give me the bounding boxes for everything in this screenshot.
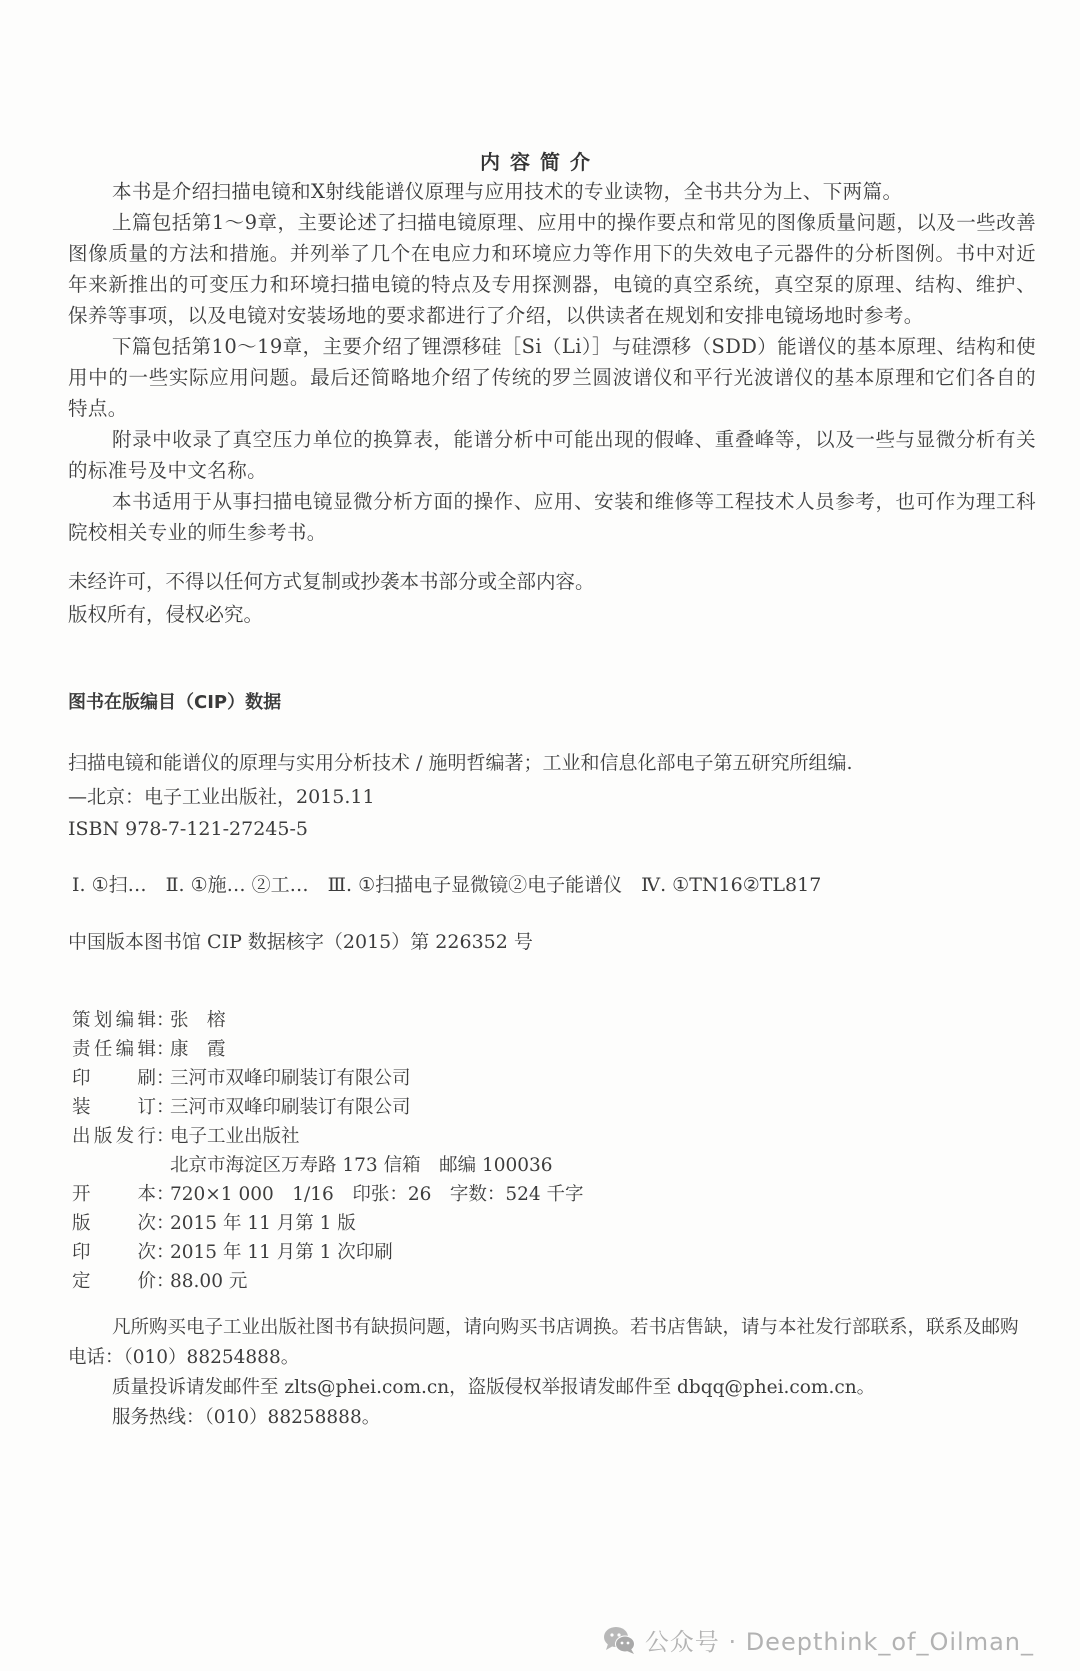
- intro-paragraph: 附录中收录了真空压力单位的换算表，能谱分析中可能出现的假峰、重叠峰等，以及一些与…: [68, 424, 1036, 486]
- colophon-label-char: 开: [72, 1180, 91, 1209]
- colophon-colon: ：: [156, 1238, 170, 1267]
- colophon-label: 定价: [72, 1267, 156, 1296]
- copyright-line: 未经许可，不得以任何方式复制或抄袭本书部分或全部内容。: [68, 565, 595, 598]
- watermark-label: 公众号 · Deepthink_of_Oilman_: [645, 1622, 1034, 1657]
- colophon-colon: ：: [156, 1180, 170, 1209]
- colophon-label-char: 编: [116, 1006, 135, 1035]
- colophon-label: 开本: [72, 1180, 156, 1209]
- colophon-label-char: 出: [72, 1122, 91, 1151]
- wechat-icon: [603, 1625, 637, 1655]
- colophon-label-char: 定: [72, 1267, 91, 1296]
- colophon-label-char: 次: [137, 1209, 156, 1238]
- colophon-value: 2015 年 11 月第 1 次印刷: [170, 1238, 393, 1267]
- colophon-label-char: 策: [72, 1006, 91, 1035]
- colophon-label-char: 版: [94, 1122, 113, 1151]
- cip-classification: Ⅰ. ①扫… Ⅱ. ①施… ②工… Ⅲ. ①扫描电子显微镜②电子能谱仪 Ⅳ. ①…: [72, 870, 821, 897]
- intro-paragraph: 下篇包括第10～19章，主要介绍了锂漂移硅［Si（Li）］与硅漂移（SDD）能谱…: [68, 331, 1036, 424]
- intro-paragraph: 上篇包括第1～9章，主要论述了扫描电镜原理、应用中的操作要点和常见的图像质量问题…: [68, 207, 1036, 331]
- colophon-label: 装订: [72, 1093, 156, 1122]
- colophon-label-char: 刷: [137, 1064, 156, 1093]
- colophon-colon: ：: [156, 1122, 170, 1151]
- intro-body: 本书是介绍扫描电镜和X射线能谱仪原理与应用技术的专业读物，全书共分为上、下两篇。…: [68, 176, 1036, 548]
- colophon-label-char: 辑: [137, 1035, 156, 1064]
- colophon-label: 策划编辑: [72, 1006, 156, 1035]
- colophon-row: 装订：三河市双峰印刷装订有限公司: [72, 1093, 584, 1122]
- cip-publisher-line: —北京：电子工业出版社，2015.11: [68, 782, 375, 809]
- colophon-value: 三河市双峰印刷装订有限公司: [170, 1064, 411, 1093]
- colophon-value: 康 霞: [170, 1035, 226, 1064]
- book-copyright-page: 内容简介 本书是介绍扫描电镜和X射线能谱仪原理与应用技术的专业读物，全书共分为上…: [0, 0, 1080, 1671]
- colophon-value: 北京市海淀区万寿路 173 信箱 邮编 100036: [170, 1151, 553, 1180]
- colophon-label: 出版发行: [72, 1122, 156, 1151]
- colophon-colon: ：: [156, 1267, 170, 1296]
- colophon-row: 开本：720×1 000 1/16 印张：26 字数：524 千字: [72, 1180, 584, 1209]
- colophon-value: 电子工业出版社: [170, 1122, 300, 1151]
- cip-title-line: 扫描电镜和能谱仪的原理与实用分析技术 / 施明哲编著；工业和信息化部电子第五研究…: [68, 748, 853, 775]
- cip-heading: 图书在版编目（CIP）数据: [68, 688, 281, 714]
- colophon-colon: ：: [156, 1209, 170, 1238]
- colophon-label-char: 编: [116, 1035, 135, 1064]
- colophon-label: 责任编辑: [72, 1035, 156, 1064]
- colophon-label-char: 发: [116, 1122, 135, 1151]
- colophon-label-char: 订: [137, 1093, 156, 1122]
- colophon-value: 2015 年 11 月第 1 版: [170, 1209, 356, 1238]
- purchase-notice: 凡所购买电子工业出版社图书有缺损问题，请向购买书店调换。若书店售缺，请与本社发行…: [68, 1313, 1036, 1433]
- colophon-label-char: 任: [94, 1035, 113, 1064]
- cip-record-number: 中国版本图书馆 CIP 数据核字（2015）第 226352 号: [68, 927, 533, 954]
- colophon-colon: ：: [156, 1093, 170, 1122]
- colophon-label-char: 责: [72, 1035, 91, 1064]
- colophon-label-char: 划: [94, 1006, 113, 1035]
- colophon-label-char: 行: [137, 1122, 156, 1151]
- notice-paragraph: 服务热线：（010）88258888。: [68, 1403, 1036, 1433]
- colophon-label-char: 辑: [137, 1006, 156, 1035]
- colophon-label-char: 装: [72, 1093, 91, 1122]
- colophon-row: 印刷：三河市双峰印刷装订有限公司: [72, 1064, 584, 1093]
- colophon-label-char: 本: [137, 1180, 156, 1209]
- colophon-row: 出版发行：电子工业出版社: [72, 1122, 584, 1151]
- watermark: 公众号 · Deepthink_of_Oilman_: [603, 1622, 1034, 1657]
- colophon-row: 定价：88.00 元: [72, 1267, 584, 1296]
- colophon-label: 版次: [72, 1209, 156, 1238]
- notice-paragraph: 质量投诉请发邮件至 zlts@phei.com.cn，盗版侵权举报请发邮件至 d…: [68, 1373, 1036, 1403]
- intro-paragraph: 本书是介绍扫描电镜和X射线能谱仪原理与应用技术的专业读物，全书共分为上、下两篇。: [68, 176, 1036, 207]
- colophon-row: 北京市海淀区万寿路 173 信箱 邮编 100036: [72, 1151, 584, 1180]
- colophon-label-char: 印: [72, 1064, 91, 1093]
- colophon-label: 印刷: [72, 1064, 156, 1093]
- colophon-value: 三河市双峰印刷装订有限公司: [170, 1093, 411, 1122]
- cip-isbn: ISBN 978-7-121-27245-5: [68, 818, 308, 840]
- colophon-colon: ：: [156, 1064, 170, 1093]
- copyright-notice: 未经许可，不得以任何方式复制或抄袭本书部分或全部内容。 版权所有，侵权必究。: [68, 565, 595, 631]
- colophon-label: 印次: [72, 1238, 156, 1267]
- colophon-colon: ：: [156, 1006, 170, 1035]
- intro-title: 内容简介: [0, 146, 1080, 175]
- colophon-row: 责任编辑：康 霞: [72, 1035, 584, 1064]
- colophon-row: 版次：2015 年 11 月第 1 版: [72, 1209, 584, 1238]
- colophon-label-char: 次: [137, 1238, 156, 1267]
- colophon-row: 印次：2015 年 11 月第 1 次印刷: [72, 1238, 584, 1267]
- copyright-line: 版权所有，侵权必究。: [68, 598, 595, 631]
- colophon: 策划编辑：张 榕责任编辑：康 霞印刷：三河市双峰印刷装订有限公司装订：三河市双峰…: [72, 1006, 584, 1296]
- intro-paragraph: 本书适用于从事扫描电镜显微分析方面的操作、应用、安装和维修等工程技术人员参考，也…: [68, 486, 1036, 548]
- colophon-colon: ：: [156, 1035, 170, 1064]
- colophon-label-char: 价: [137, 1267, 156, 1296]
- colophon-value: 张 榕: [170, 1006, 226, 1035]
- colophon-value: 720×1 000 1/16 印张：26 字数：524 千字: [170, 1180, 584, 1209]
- colophon-row: 策划编辑：张 榕: [72, 1006, 584, 1035]
- colophon-label-char: 版: [72, 1209, 91, 1238]
- notice-paragraph: 凡所购买电子工业出版社图书有缺损问题，请向购买书店调换。若书店售缺，请与本社发行…: [68, 1313, 1036, 1373]
- colophon-label-char: 印: [72, 1238, 91, 1267]
- colophon-value: 88.00 元: [170, 1267, 247, 1296]
